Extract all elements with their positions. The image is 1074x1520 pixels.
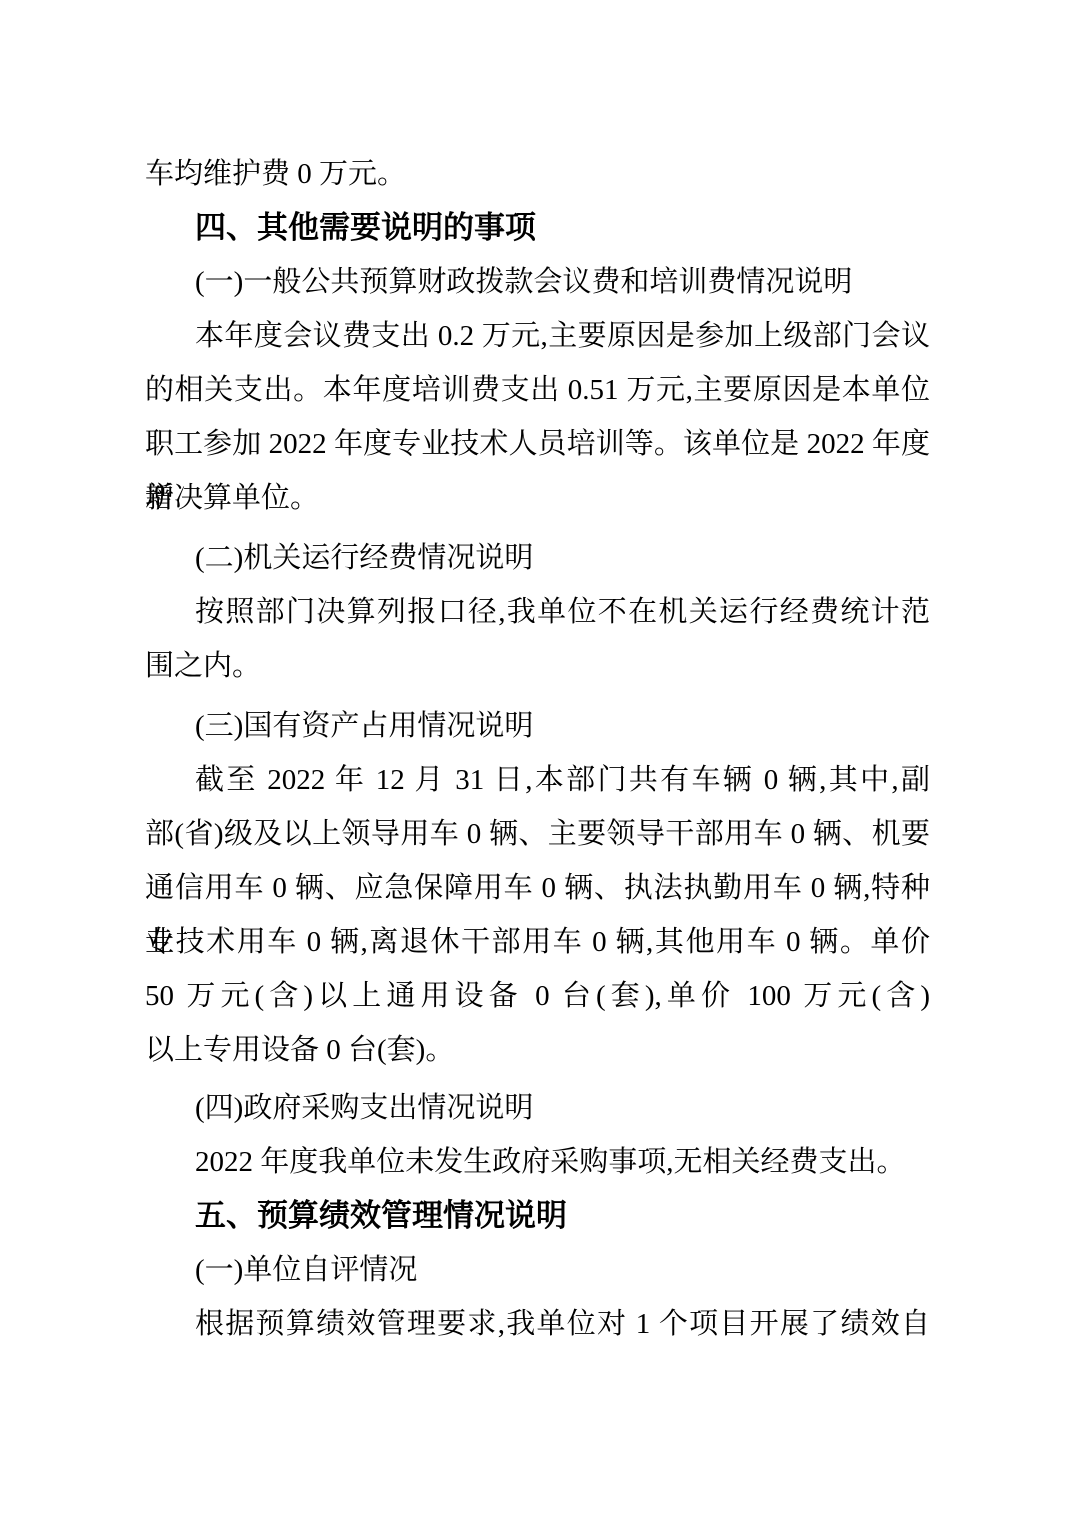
- subsection-heading-4-4: (四)政府采购支出情况说明: [145, 1081, 930, 1135]
- body-line: 围之内。: [145, 639, 930, 693]
- subsection-heading-4-1: (一)一般公共预算财政拨款会议费和培训费情况说明: [145, 255, 930, 309]
- body-line: 按照部门决算列报口径,我单位不在机关运行经费统计范: [145, 585, 930, 639]
- body-line: 2022 年度我单位未发生政府采购事项,无相关经费支出。: [145, 1135, 930, 1189]
- body-line: 50 万元(含)以上通用设备 0 台(套),单价 100 万元(含): [145, 969, 930, 1023]
- subsection-heading-5-1: (一)单位自评情况: [145, 1243, 930, 1297]
- section-heading-5: 五、预算绩效管理情况说明: [145, 1189, 930, 1243]
- body-line: 以上专用设备 0 台(套)。: [145, 1023, 930, 1077]
- document-page: 车均维护费 0 万元。 四、其他需要说明的事项 (一)一般公共预算财政拨款会议费…: [0, 0, 1074, 1520]
- body-line: 职工参加 2022 年度专业技术人员培训等。该单位是 2022 年度新: [145, 417, 930, 471]
- body-line: 截至 2022 年 12 月 31 日,本部门共有车辆 0 辆,其中,副: [145, 753, 930, 807]
- body-line: 的相关支出。本年度培训费支出 0.51 万元,主要原因是本单位: [145, 363, 930, 417]
- body-line: 通信用车 0 辆、应急保障用车 0 辆、执法执勤用车 0 辆,特种专: [145, 861, 930, 915]
- body-line: 部(省)级及以上领导用车 0 辆、主要领导干部用车 0 辆、机要: [145, 807, 930, 861]
- body-line: 业技术用车 0 辆,离退休干部用车 0 辆,其他用车 0 辆。单价: [145, 915, 930, 969]
- body-line: 增决算单位。: [145, 471, 930, 525]
- body-line: 本年度会议费支出 0.2 万元,主要原因是参加上级部门会议: [145, 309, 930, 363]
- subsection-heading-4-2: (二)机关运行经费情况说明: [145, 531, 930, 585]
- body-line: 车均维护费 0 万元。: [145, 147, 930, 201]
- body-line: 根据预算绩效管理要求,我单位对 1 个项目开展了绩效自: [145, 1297, 930, 1351]
- subsection-heading-4-3: (三)国有资产占用情况说明: [145, 699, 930, 753]
- section-heading-4: 四、其他需要说明的事项: [145, 201, 930, 255]
